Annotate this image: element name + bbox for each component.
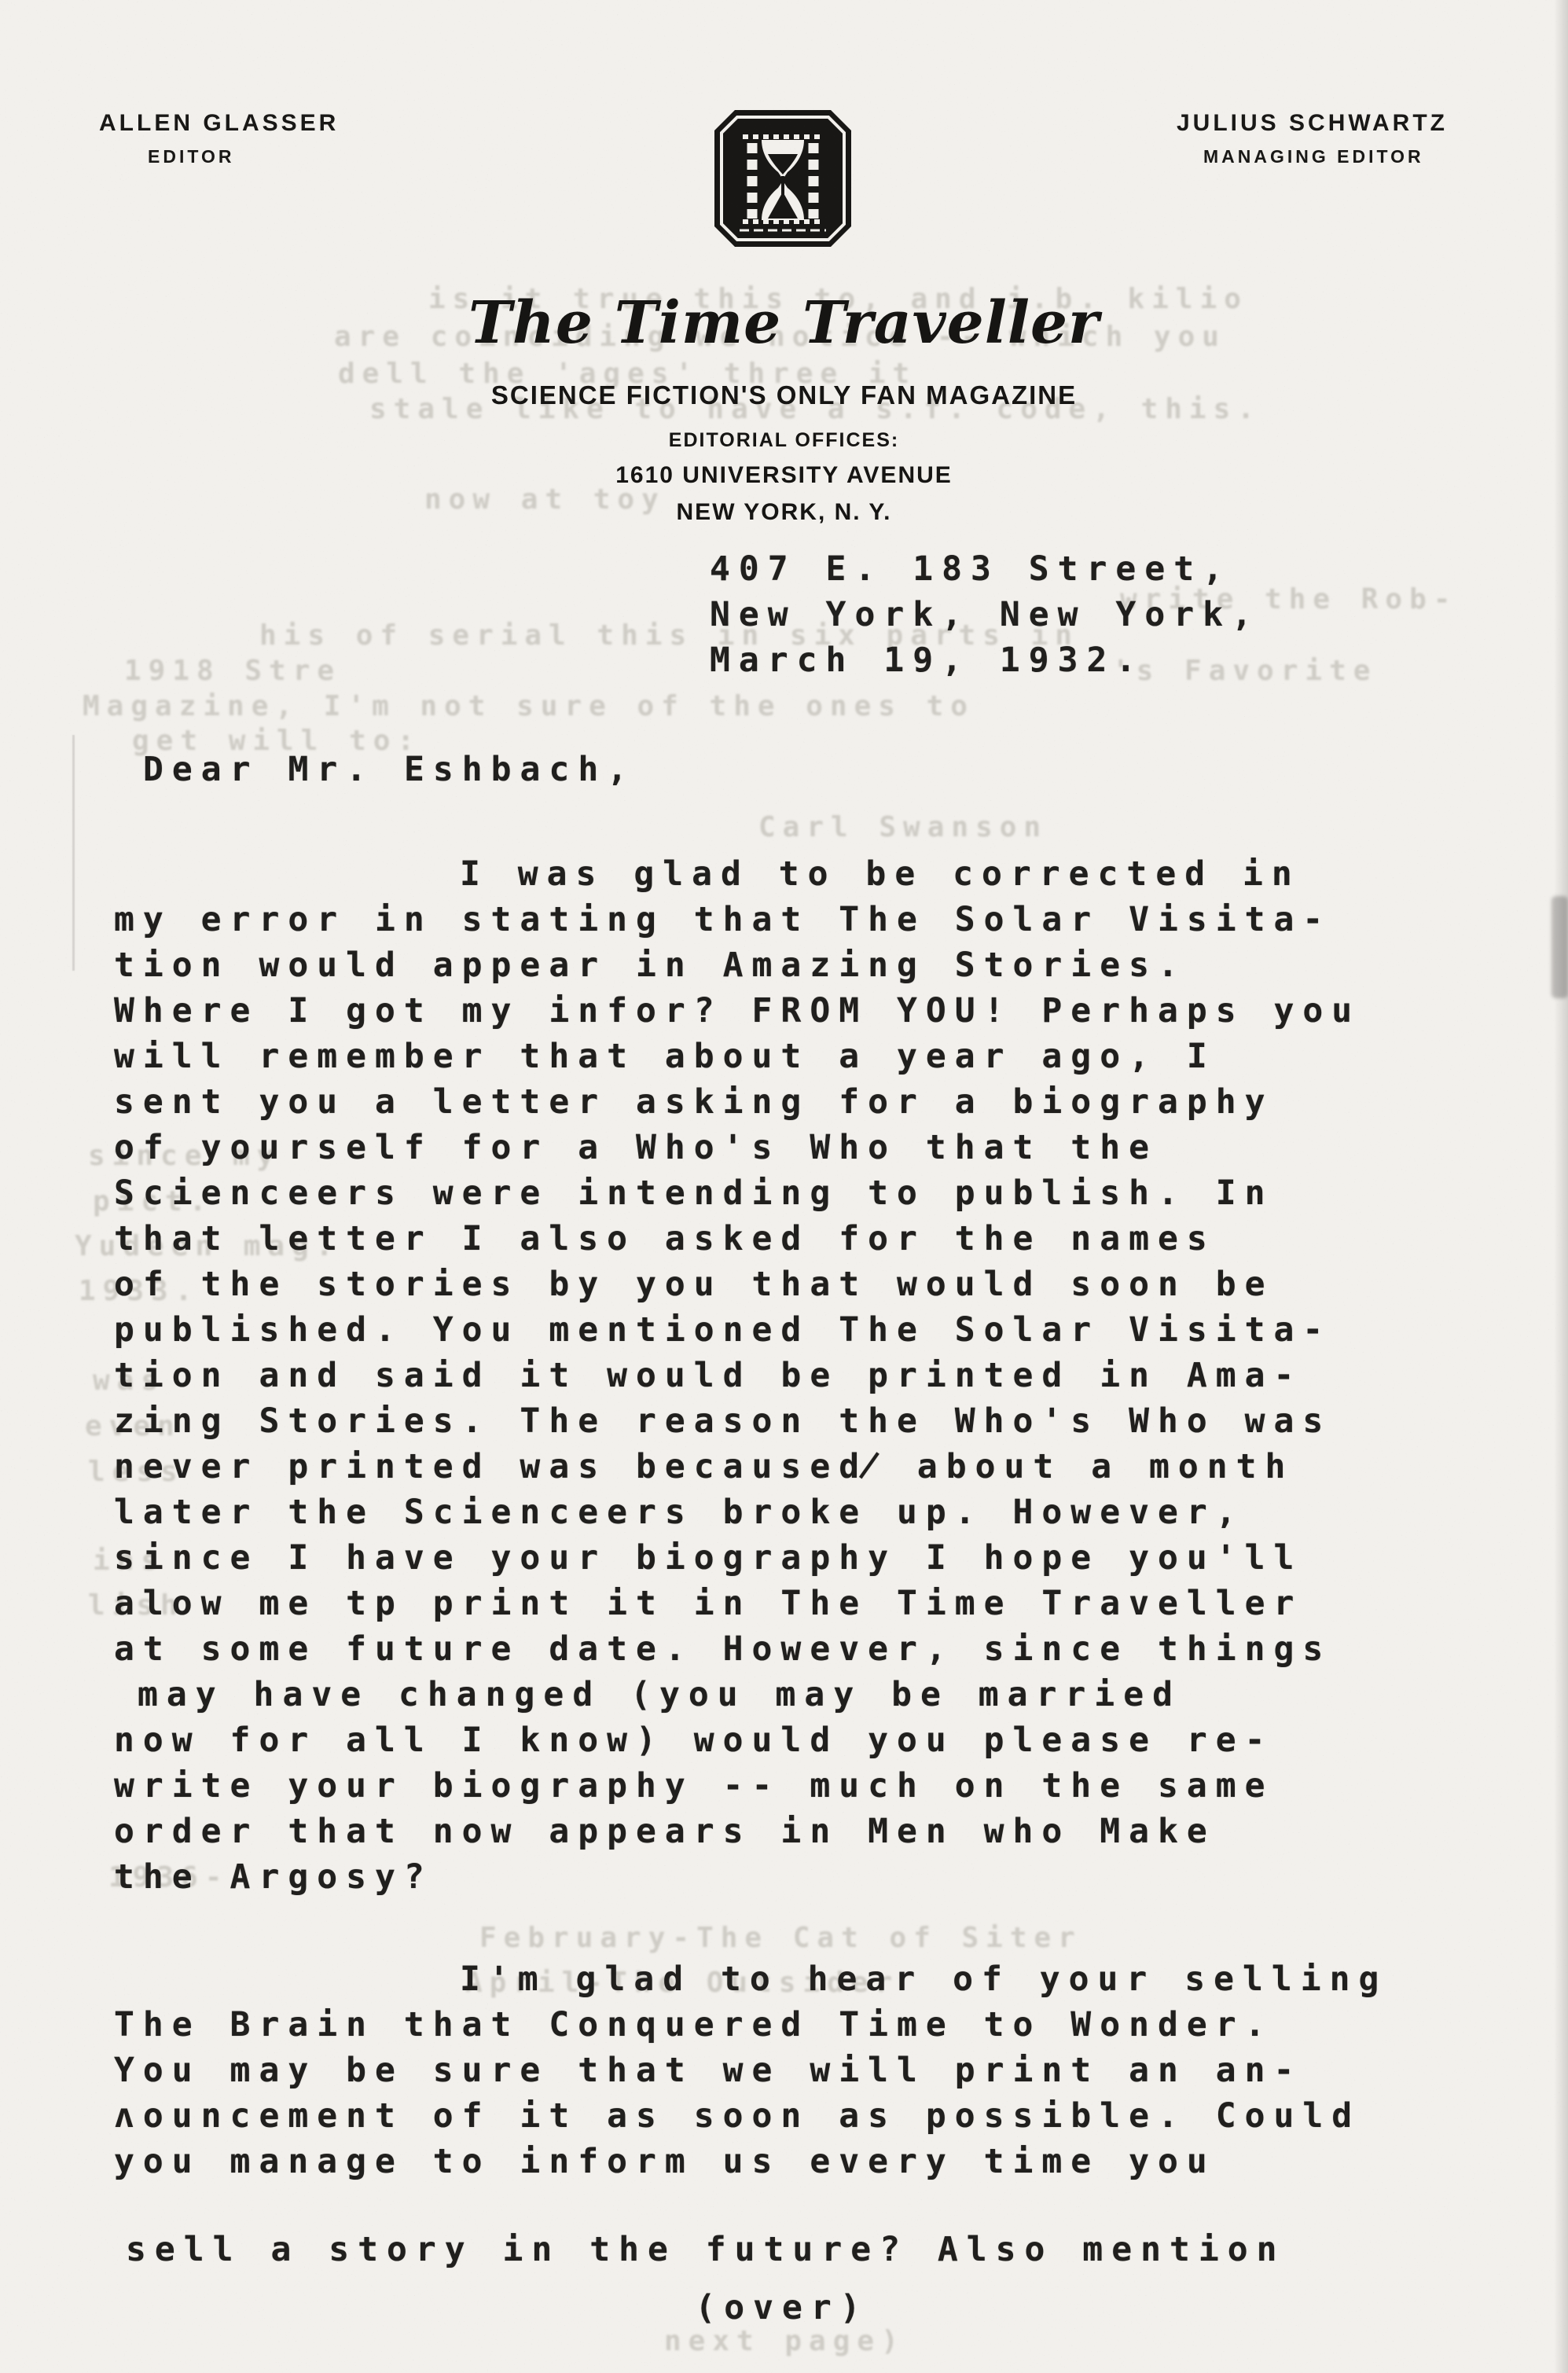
typed-line: that letter I also asked for the names	[114, 1216, 1497, 1262]
typed-line: since I have your biography I hope you'l…	[114, 1535, 1497, 1581]
typed-line: you manage to inform us every time you	[114, 2139, 1497, 2184]
typed-line: of yourself for a Who's Who that the	[114, 1125, 1497, 1170]
scan-fold-artifact	[72, 735, 75, 971]
editor-role: EDITOR	[99, 146, 339, 167]
managing-editor-role: MANAGING EDITOR	[1177, 146, 1448, 167]
typed-line: The Brain that Conquered Time to Wonder.	[114, 2002, 1497, 2048]
typed-line: later the Scienceers broke up. However,	[114, 1490, 1497, 1535]
paragraph-2: I'm glad to hear of your sellingThe Brai…	[114, 1956, 1497, 2272]
typed-line: my error in stating that The Solar Visit…	[114, 897, 1497, 942]
typed-line: sell a story in the future? Also mention	[114, 2227, 1497, 2272]
typed-line: tion and said it would be printed in Ama…	[114, 1353, 1497, 1398]
office-address-city: NEW YORK, N. Y.	[0, 499, 1568, 526]
letter-page: is it true this to, and i.b. kilioare co…	[0, 0, 1568, 2373]
sender-address-line: 407 E. 183 Street,	[710, 546, 1261, 592]
sender-address-line: March 19, 1932.	[710, 637, 1261, 683]
office-address-street: 1610 UNIVERSITY AVENUE	[0, 462, 1568, 489]
bleedthrough-fragment: Magazine, I'm not sure of the ones to	[83, 690, 975, 722]
typed-line: may have changed (you may be married	[114, 1672, 1497, 1717]
letter-body: I was glad to be corrected inmy error in…	[114, 851, 1497, 2331]
typed-line: alow me tp print it in The Time Travelle…	[114, 1581, 1497, 1626]
typed-line: ʌouncement of it as soon as possible. Co…	[114, 2093, 1497, 2139]
typed-line: write your biography -- much on the same	[114, 1763, 1497, 1809]
typed-line: Scienceers were intending to publish. In	[114, 1170, 1497, 1216]
hourglass-emblem-icon	[711, 107, 854, 250]
editor-block: ALLEN GLASSER EDITOR	[99, 110, 339, 167]
typed-line: I'm glad to hear of your selling	[114, 1956, 1497, 2002]
typed-line: never printed was becaused̸ about a mont…	[114, 1444, 1497, 1490]
bleedthrough-fragment: 1918 Stre	[124, 655, 341, 687]
bleedthrough-fragment: Carl Swanson	[758, 811, 1048, 843]
salutation: Dear Mr. Eshbach,	[143, 747, 636, 792]
magazine-title: The Time Traveller	[0, 289, 1568, 357]
typed-line: at some future date. However, since thin…	[114, 1626, 1497, 1672]
typed-line: sent you a letter asking for a biography	[114, 1079, 1497, 1125]
typed-line: tion would appear in Amazing Stories.	[114, 942, 1497, 988]
sender-address-line: New York, New York,	[710, 592, 1261, 637]
typed-line: will remember that about a year ago, I	[114, 1034, 1497, 1079]
typed-line: You may be sure that we will print an an…	[114, 2048, 1497, 2093]
managing-editor-name: JULIUS SCHWARTZ	[1177, 110, 1448, 137]
typed-line: of the stories by you that would soon be	[114, 1262, 1497, 1307]
paragraph-1: I was glad to be corrected inmy error in…	[114, 851, 1497, 1900]
scan-edge-shadow	[1554, 0, 1568, 2373]
typed-line: the Argosy?	[114, 1854, 1497, 1900]
typed-line: I was glad to be corrected in	[114, 851, 1497, 897]
typed-line: Where I got my infor? FROM YOU! Perhaps …	[114, 988, 1497, 1034]
typed-line: now for all I know) would you please re-	[114, 1717, 1497, 1763]
typed-line: order that now appears in Men who Make	[114, 1809, 1497, 1854]
page-turn-note: (over)	[114, 2285, 1450, 2331]
sender-address: 407 E. 183 Street,New York, New York,Mar…	[710, 546, 1261, 683]
managing-editor-block: JULIUS SCHWARTZ MANAGING EDITOR	[1177, 110, 1448, 167]
typed-line: published. You mentioned The Solar Visit…	[114, 1307, 1497, 1353]
editorial-offices-label: EDITORIAL OFFICES:	[0, 429, 1568, 452]
magazine-tagline: SCIENCE FICTION'S ONLY FAN MAGAZINE	[0, 380, 1568, 410]
editor-name: ALLEN GLASSER	[99, 110, 339, 137]
typed-line: zing Stories. The reason the Who's Who w…	[114, 1398, 1497, 1444]
